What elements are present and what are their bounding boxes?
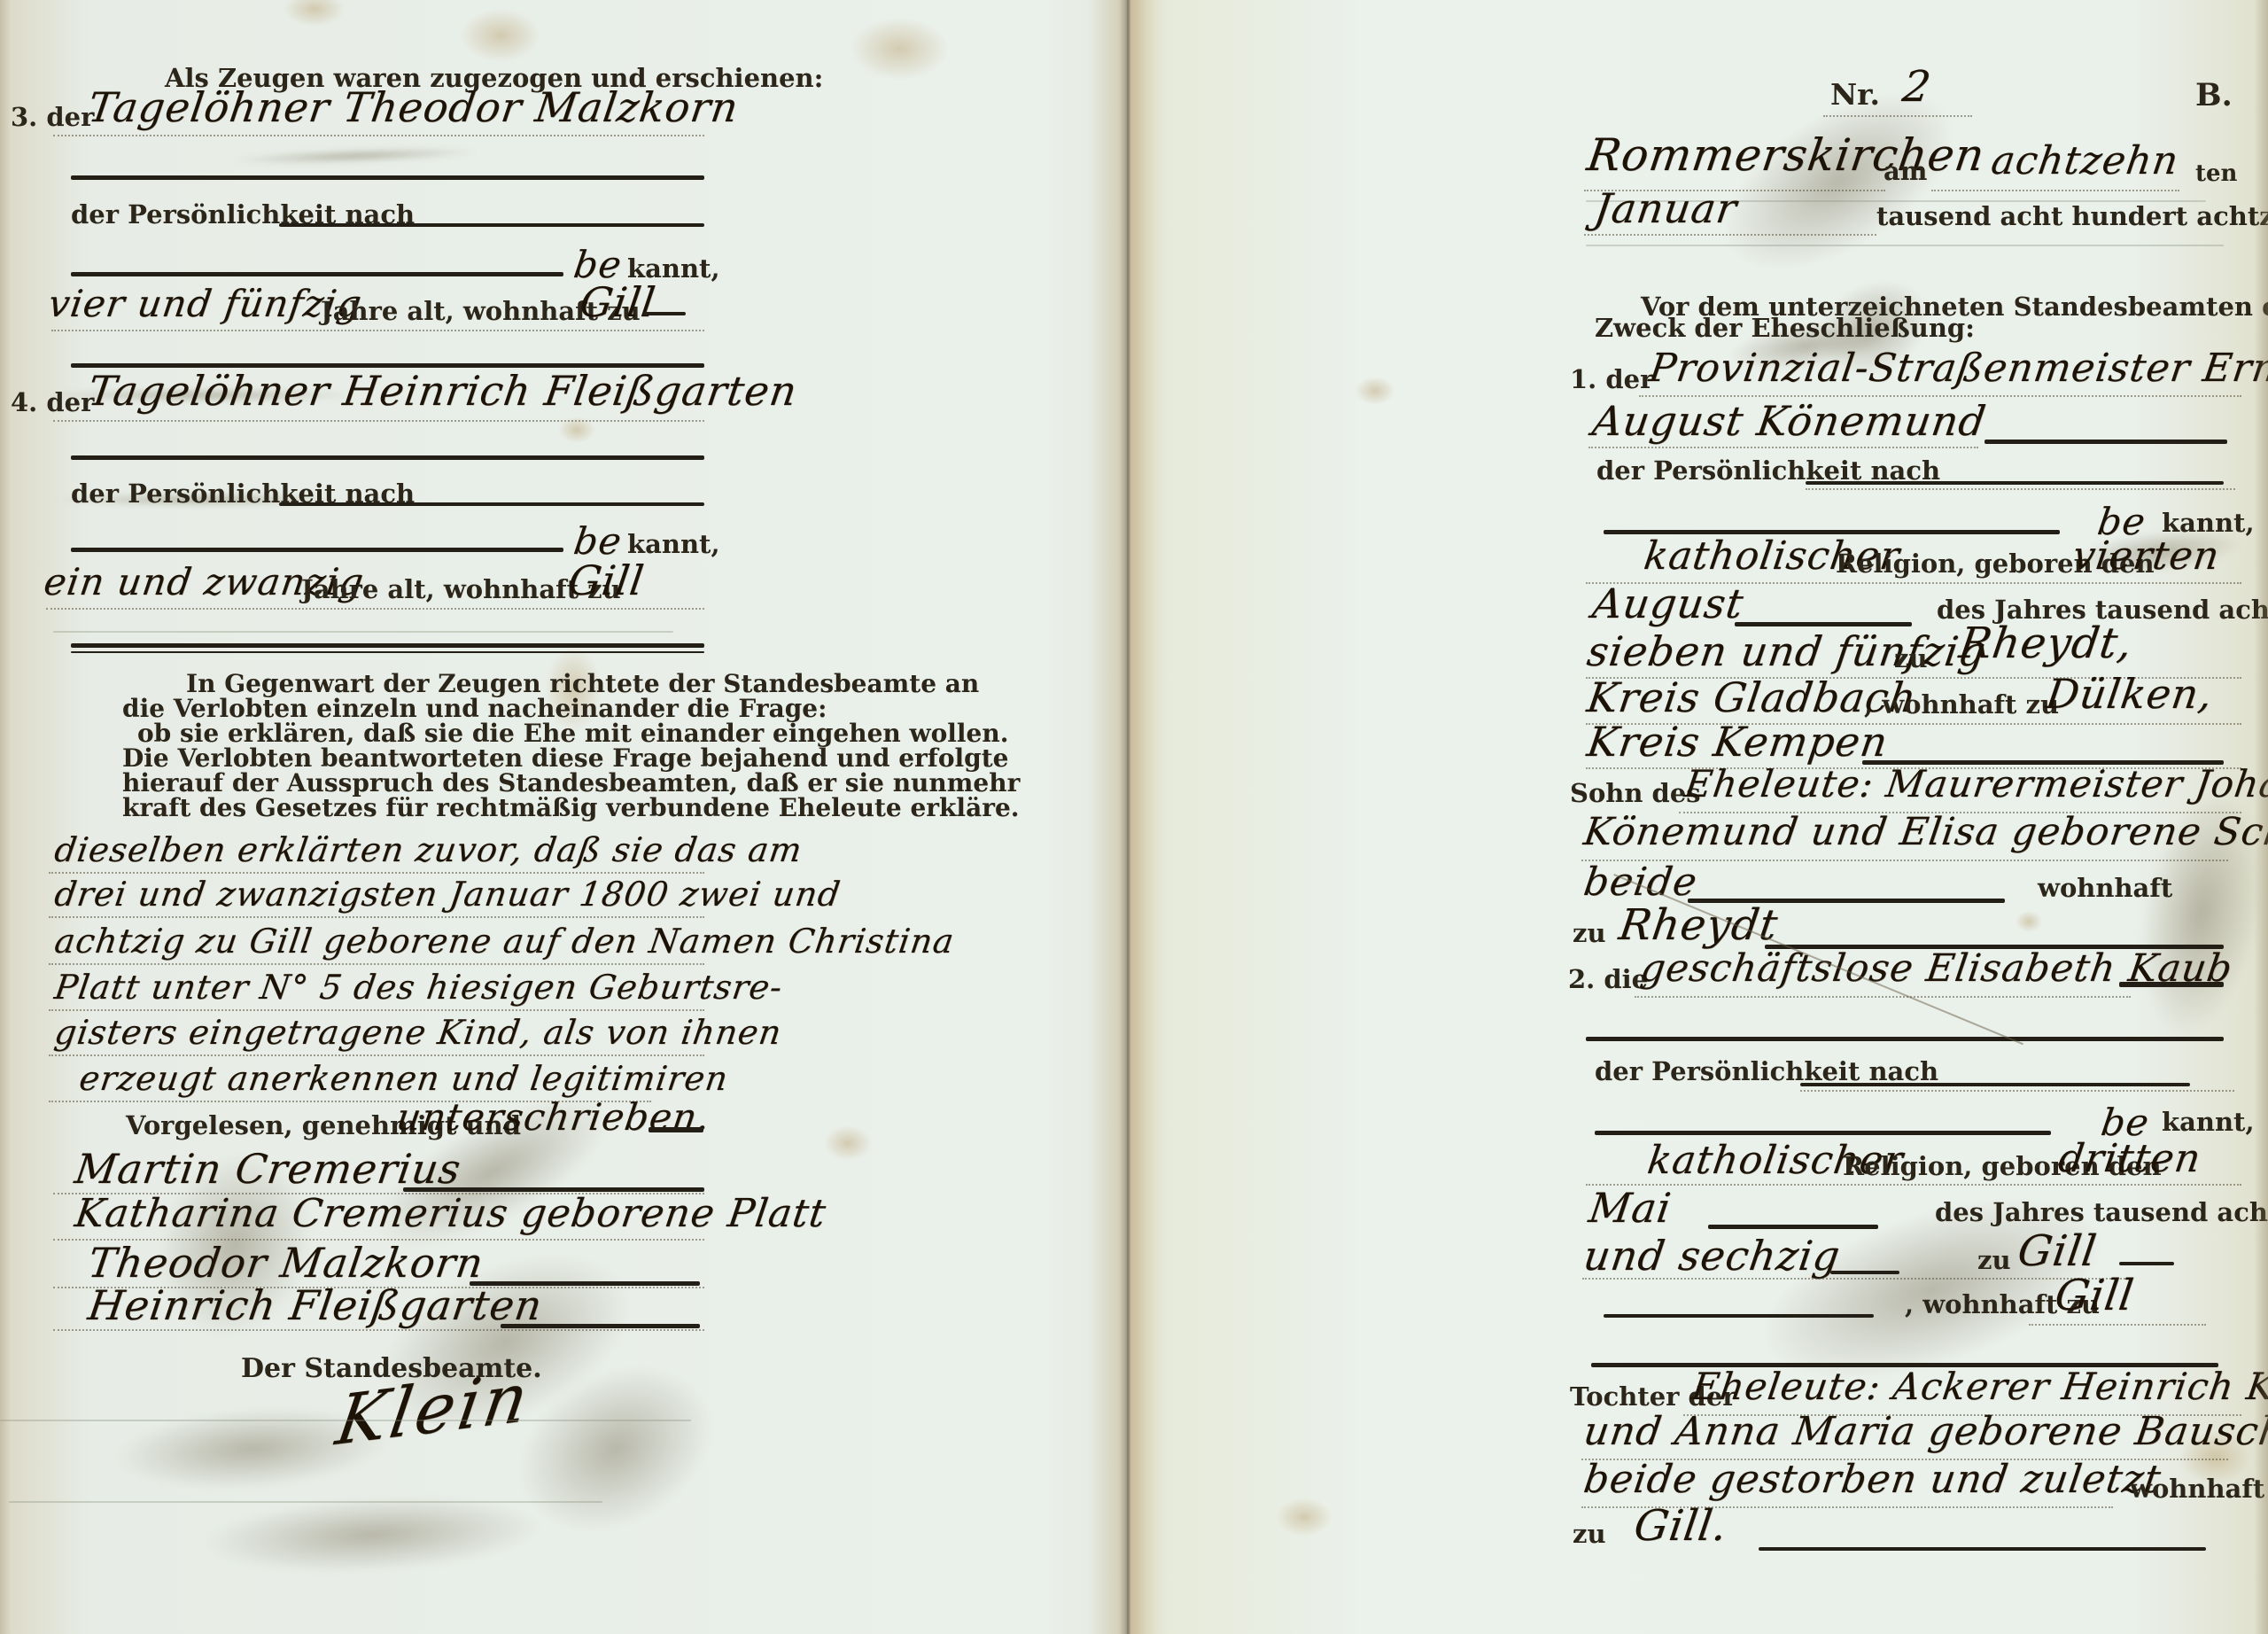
bride-parents-line: und Anna Maria geborene Bausch <box>1581 1412 2268 1451</box>
ceremony-paragraph-line: kraft des Gesetzes für rechtmäßig verbun… <box>122 796 1020 821</box>
fill-line-dotted <box>1635 996 2131 998</box>
zu-label: zu <box>1573 921 1606 946</box>
fill-line <box>71 548 563 552</box>
dash-line <box>649 1127 703 1132</box>
fill-line-dotted <box>46 608 704 610</box>
bride-parents-residence: Gill. <box>1632 1505 1730 1547</box>
dash-line <box>2119 1262 2174 1265</box>
dash-line <box>1830 1271 1899 1274</box>
fill-line <box>1595 1131 2051 1135</box>
witness3-residence: Gill <box>578 282 658 323</box>
month-handwritten: Januar <box>1592 188 1740 229</box>
fill-line <box>71 455 704 460</box>
signature-line <box>501 1324 700 1328</box>
signature: Heinrich Fleißgarten <box>86 1285 545 1326</box>
ceremony-paragraph-line: Die Verlobten beantworteten diese Frage … <box>122 746 1009 771</box>
fill-line-dotted <box>49 1054 704 1056</box>
fill-line-dotted <box>1584 234 1876 236</box>
page-letter: B. <box>2195 80 2233 111</box>
witness3-name: Tagelöhner Theodor Malzkorn <box>86 87 742 128</box>
groom-name: August Könemund <box>1590 401 1989 441</box>
fill-line-dotted <box>1806 488 2235 490</box>
groom-parents-label: Sohn des <box>1570 781 1701 806</box>
wohnhaft-zu-label: , wohnhaft zu <box>1864 692 2059 718</box>
fill-line <box>1735 622 1912 626</box>
dash-line <box>643 312 686 315</box>
faint-rule <box>53 631 673 633</box>
bleed-through <box>230 144 478 167</box>
faint-rule <box>1586 245 2224 246</box>
bride-residence: Gill <box>2053 1274 2137 1317</box>
groom-prefix: 1. der <box>1570 367 1653 393</box>
fill-line <box>1806 481 2224 485</box>
witness3-prefix: 3. der <box>11 105 94 130</box>
fill-line-dotted <box>1588 447 1978 448</box>
signature: Theodor Malzkorn <box>86 1242 486 1283</box>
page-edge-left <box>0 0 11 1634</box>
witness4-name: Tagelöhner Heinrich Fleißgarten <box>86 370 800 411</box>
fill-line <box>1759 1547 2206 1551</box>
identity-label: der Persönlichkeit nach <box>1596 458 1940 484</box>
fill-line <box>1800 1083 2190 1086</box>
page-edge-right <box>2254 0 2268 1634</box>
zu-label: zu <box>1894 646 1928 672</box>
bride-birth-place: Gill <box>2016 1230 2100 1272</box>
year-of-label: des Jahres tausend acht hundert <box>1935 1200 2268 1225</box>
legitimation-line: gisters eingetragene Kind, als von ihnen <box>52 1015 784 1049</box>
fill-line-dotted <box>53 420 704 422</box>
identity-label: der Persönlichkeit nach <box>1595 1059 1938 1085</box>
fill-line <box>71 175 704 180</box>
section-rule-thin <box>71 651 704 653</box>
kannt-label: kannt, <box>2162 1109 2255 1135</box>
groom-residence-district: Kreis Kempen <box>1585 721 1891 762</box>
fill-line-dotted <box>1823 115 1972 117</box>
fill-line-dotted <box>49 916 704 918</box>
groom-birth-place: Rheydt, <box>1957 622 2136 665</box>
bride-birth-day: dritten <box>2056 1140 2203 1179</box>
fill-line-dotted <box>53 135 704 136</box>
ten-label: ten <box>2195 162 2237 185</box>
fill-line <box>1586 1037 2224 1041</box>
wohnhaft-label: wohnhaft <box>2130 1476 2264 1502</box>
ceremony-paragraph-line: hierauf der Ausspruch des Standesbeamten… <box>122 771 1020 796</box>
faint-rule <box>0 1420 691 1421</box>
nr-value: 2 <box>1900 66 1934 108</box>
fill-line-dotted <box>51 330 704 331</box>
zu-label: zu <box>1977 1248 2011 1273</box>
witness4-prefix: 4. der <box>11 390 94 416</box>
paper-stain <box>850 18 948 80</box>
fill-line-dotted <box>1582 1278 2132 1280</box>
bride-birth-year: und sechzig <box>1581 1235 1843 1276</box>
intro-line: Zweck der Eheschließung: <box>1595 315 1975 341</box>
groom-parents-line: Eheleute: Maurermeister Johann <box>1682 766 2268 803</box>
paper-stain <box>1355 377 1394 405</box>
fill-line-dotted <box>53 1329 704 1331</box>
kannt-label: kannt, <box>2162 510 2255 536</box>
year-words-label: tausend acht hundert achtzig und neun. <box>1876 204 2268 230</box>
fill-line <box>1708 1225 1878 1229</box>
ceremony-paragraph-line: In Gegenwart der Zeugen richtete der Sta… <box>186 672 979 696</box>
be-handwritten: be <box>571 523 625 560</box>
groom-occupation: Provinzial-Straßenmeister Ernst <box>1647 349 2268 388</box>
ceremony-paragraph-line: ob sie erklären, daß sie die Ehe mit ein… <box>137 721 1008 746</box>
paper-stain <box>283 0 346 27</box>
ceremony-paragraph-line: die Verlobten einzeln und nacheinander d… <box>122 696 827 721</box>
bride-birth-month: Mai <box>1587 1187 1674 1228</box>
fill-line-dotted <box>1800 1090 2234 1092</box>
fill-line <box>1984 440 2227 444</box>
bride-prefix: 2. die <box>1568 967 1648 992</box>
fill-line-dotted <box>49 872 704 874</box>
legitimation-line: Platt unter N° 5 des hiesigen Geburtsre- <box>52 970 784 1004</box>
fill-line <box>279 223 704 227</box>
groom-parents-line: beide <box>1581 863 1700 902</box>
groom-birth-year: sieben und fünfzig <box>1585 631 1989 672</box>
groom-birth-month: August <box>1590 583 1746 624</box>
book-gutter <box>1088 0 1169 1634</box>
witness4-residence: Gill <box>566 560 647 601</box>
fill-line <box>279 502 704 506</box>
nr-label: Nr. <box>1830 80 1880 109</box>
section-rule <box>71 643 704 648</box>
paper-stain <box>824 1125 872 1161</box>
am-label: am <box>1884 159 1927 184</box>
faint-rule <box>9 1501 602 1503</box>
bride-parents-line: beide gestorben und zuletzt <box>1581 1460 2163 1499</box>
fill-line-dotted <box>1931 190 2179 191</box>
registry-book-spread: Als Zeugen waren zugezogen und erschiene… <box>0 0 2268 1634</box>
fill-line-dotted <box>1586 1184 2241 1186</box>
bride-parents-line: Eheleute: Ackerer Heinrich Kaub <box>1689 1368 2268 1405</box>
paper-stain <box>1276 1498 1332 1537</box>
paper-stain <box>2016 911 2042 932</box>
dash-line <box>2119 982 2224 987</box>
fill-line-dotted <box>49 963 704 965</box>
legitimation-line: achtzig zu Gill geborene auf den Namen C… <box>52 924 956 958</box>
wohnhaft-label: wohnhaft <box>2038 875 2172 901</box>
witness3-age: vier und fünfzig <box>46 285 364 323</box>
day-handwritten: achtzehn <box>1989 142 2181 181</box>
legitimation-line: drei und zwanzigsten Januar 1800 zwei un… <box>52 877 843 911</box>
zu-label: zu <box>1573 1521 1606 1547</box>
groom-birth-day: vierten <box>2070 537 2222 576</box>
paper-stain <box>461 9 540 62</box>
groom-residence: Dülken, <box>2044 673 2216 714</box>
signature: Martin Cremerius <box>73 1148 464 1189</box>
kannt-label: kannt, <box>627 532 720 557</box>
groom-parents-line: Könemund und Elisa geborene Schlüter <box>1581 813 2268 852</box>
fill-line <box>1604 1314 1874 1318</box>
fill-line <box>71 272 563 276</box>
legitimation-line: erzeugt anerkennen und legitimiren <box>77 1062 730 1095</box>
fill-line-dotted <box>2029 1324 2206 1326</box>
signature: Katharina Cremerius geborene Platt <box>73 1194 828 1233</box>
legitimation-line: dieselben erklärten zuvor, daß sie das a… <box>52 833 804 867</box>
fill-line-dotted <box>49 1009 704 1011</box>
